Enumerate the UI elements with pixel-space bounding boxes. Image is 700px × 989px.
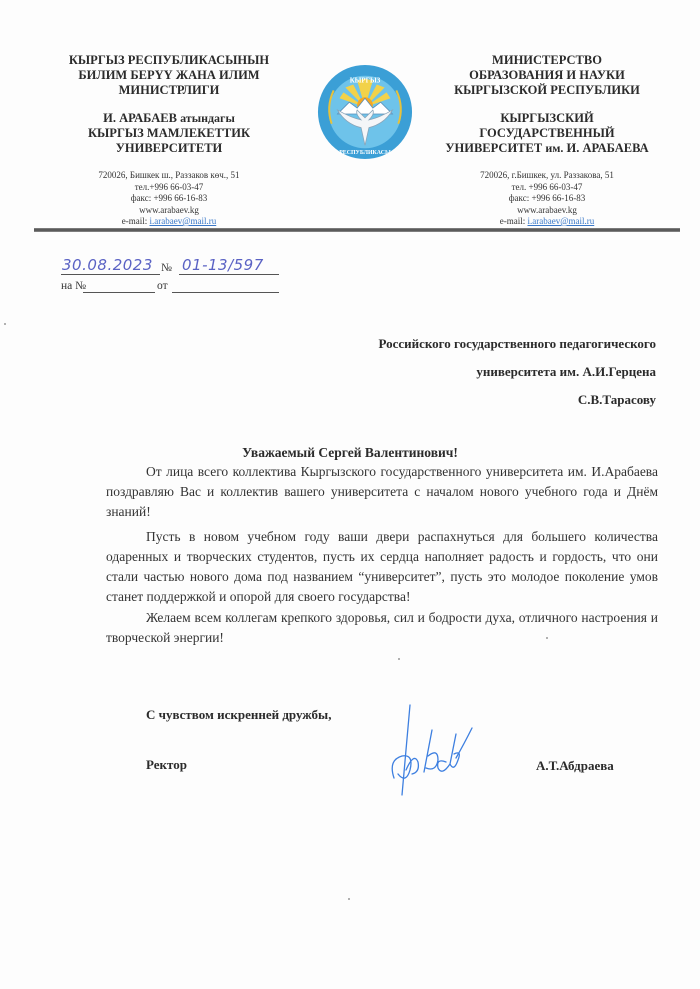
emblem-top-text: КЫРГЫЗ: [350, 78, 381, 85]
letterhead-right: МИНИСТЕРСТВО ОБРАЗОВАНИЯ И НАУКИ КЫРГЫЗС…: [422, 53, 672, 228]
email-link[interactable]: i.arabaev@mail.ru: [527, 216, 594, 226]
ministry-line: МИНИСТРЛИГИ: [44, 83, 294, 98]
university-name-kyrgyz: И. АРАБАЕВ атындагы КЫРГЫЗ МАМЛЕКЕТТИК У…: [44, 111, 294, 156]
university-name-suffix: атындагы: [180, 111, 235, 125]
scan-speck: [4, 323, 6, 325]
outgoing-registration: 30.08.2023 № 01-13/597: [61, 258, 279, 278]
closing-phrase: С чувством искренней дружбы,: [146, 707, 331, 723]
university-line: ГОСУДАРСТВЕННЫЙ: [422, 126, 672, 141]
scan-speck: [546, 637, 548, 639]
ministry-line: ОБРАЗОВАНИЯ И НАУКИ: [422, 68, 672, 83]
registration-block: 30.08.2023 № 01-13/597 на № от: [61, 258, 279, 296]
website: www.arabaev.kg: [44, 205, 294, 217]
scan-speck: [348, 898, 350, 900]
scan-speck: [398, 658, 400, 660]
signatory-name: А.Т.Абдраева: [536, 758, 614, 774]
handwritten-signature-icon: [380, 700, 475, 800]
phone: тел. +996 66-03-47: [422, 182, 672, 194]
university-namesake: И. АРАБАЕВА: [567, 141, 649, 155]
university-name-russian: КЫРГЫЗСКИЙ ГОСУДАРСТВЕННЫЙ УНИВЕРСИТЕТ и…: [422, 111, 672, 156]
addressee-line: университета им. А.И.Герцена: [378, 358, 656, 386]
paragraph-text: От лица всего коллектива Кыргызского гос…: [106, 462, 658, 522]
ministry-name-kyrgyz: КЫРГЫЗ РЕСПУБЛИКАСЫНЫН БИЛИМ БЕРҮҮ ЖАНА …: [44, 53, 294, 98]
address: 720026, г.Бишкек, ул. Раззакова, 51: [422, 170, 672, 182]
email-row: e-mail: i.arabaev@mail.ru: [44, 216, 294, 228]
fax: факс: +996 66-16-83: [44, 193, 294, 205]
reply-reference: на № от: [61, 278, 279, 296]
addressee-line: Российского государственного педагогичес…: [378, 330, 656, 358]
fax: факс: +996 66-16-83: [422, 193, 672, 205]
handwritten-number: 01-13/597: [182, 256, 264, 274]
signatory-position: Ректор: [146, 757, 187, 773]
university-line: КЫРГЫЗСКИЙ: [422, 111, 672, 126]
body-paragraph: Желаем всем коллегам крепкого здоровья, …: [106, 608, 658, 648]
paragraph-text: Желаем всем коллегам крепкого здоровья, …: [106, 608, 658, 648]
letterhead-divider: [34, 228, 680, 232]
date-underline: [61, 274, 160, 275]
university-abbrev: им.: [545, 141, 563, 155]
reply-number-blank: [83, 292, 155, 293]
ministry-line: КЫРГЫЗ РЕСПУБЛИКАСЫНЫН: [44, 53, 294, 68]
ministry-name-russian: МИНИСТЕРСТВО ОБРАЗОВАНИЯ И НАУКИ КЫРГЫЗС…: [422, 53, 672, 98]
ministry-line: МИНИСТЕРСТВО: [422, 53, 672, 68]
email-label: e-mail:: [500, 216, 526, 226]
kyrgyz-state-emblem-icon: КЫРГЫЗ РЕСПУБЛИКАСЫ: [316, 63, 414, 161]
ministry-line: БИЛИМ БЕРҮҮ ЖАНА ИЛИМ: [44, 68, 294, 83]
body-paragraph: От лица всего коллектива Кыргызского гос…: [106, 462, 658, 522]
salutation: Уважаемый Сергей Валентинович!: [0, 445, 700, 461]
ministry-line: КЫРГЫЗСКОЙ РЕСПУБЛИКИ: [422, 83, 672, 98]
university-line: И. АРАБАЕВ атындагы: [44, 111, 294, 126]
university-word: УНИВЕРСИТЕТ: [445, 141, 542, 155]
reply-number-label: на №: [61, 280, 86, 292]
number-underline: [179, 274, 279, 275]
contact-block-left: 720026, Бишкек ш., Раззаков көч., 51 тел…: [44, 170, 294, 228]
university-line: УНИВЕРСИТЕТ им. И. АРАБАЕВА: [422, 141, 672, 156]
email-link[interactable]: i.arabaev@mail.ru: [149, 216, 216, 226]
paragraph-text: Пусть в новом учебном году ваши двери ра…: [106, 527, 658, 607]
reply-date-blank: [172, 292, 279, 293]
reply-date-label: от: [157, 280, 168, 292]
email-row: e-mail: i.arabaev@mail.ru: [422, 216, 672, 228]
phone: тел.+996 66-03-47: [44, 182, 294, 194]
handwritten-date: 30.08.2023: [62, 256, 153, 274]
university-line: КЫРГЫЗ МАМЛЕКЕТТИК: [44, 126, 294, 141]
addressee-name: С.В.Тарасову: [378, 386, 656, 414]
emblem-bottom-text: РЕСПУБЛИКАСЫ: [339, 150, 391, 156]
address: 720026, Бишкек ш., Раззаков көч., 51: [44, 170, 294, 182]
university-line: УНИВЕРСИТЕТИ: [44, 141, 294, 156]
body-paragraph: Пусть в новом учебном году ваши двери ра…: [106, 527, 658, 607]
website: www.arabaev.kg: [422, 205, 672, 217]
email-label: e-mail:: [122, 216, 148, 226]
addressee-block: Российского государственного педагогичес…: [378, 330, 656, 414]
number-label: №: [161, 262, 172, 274]
university-name-caps: И. АРАБАЕВ: [103, 111, 177, 125]
letter-page: КЫРГЫЗ РЕСПУБЛИКАСЫНЫН БИЛИМ БЕРҮҮ ЖАНА …: [0, 0, 700, 989]
letterhead-left: КЫРГЫЗ РЕСПУБЛИКАСЫНЫН БИЛИМ БЕРҮҮ ЖАНА …: [44, 53, 294, 228]
contact-block-right: 720026, г.Бишкек, ул. Раззакова, 51 тел.…: [422, 170, 672, 228]
